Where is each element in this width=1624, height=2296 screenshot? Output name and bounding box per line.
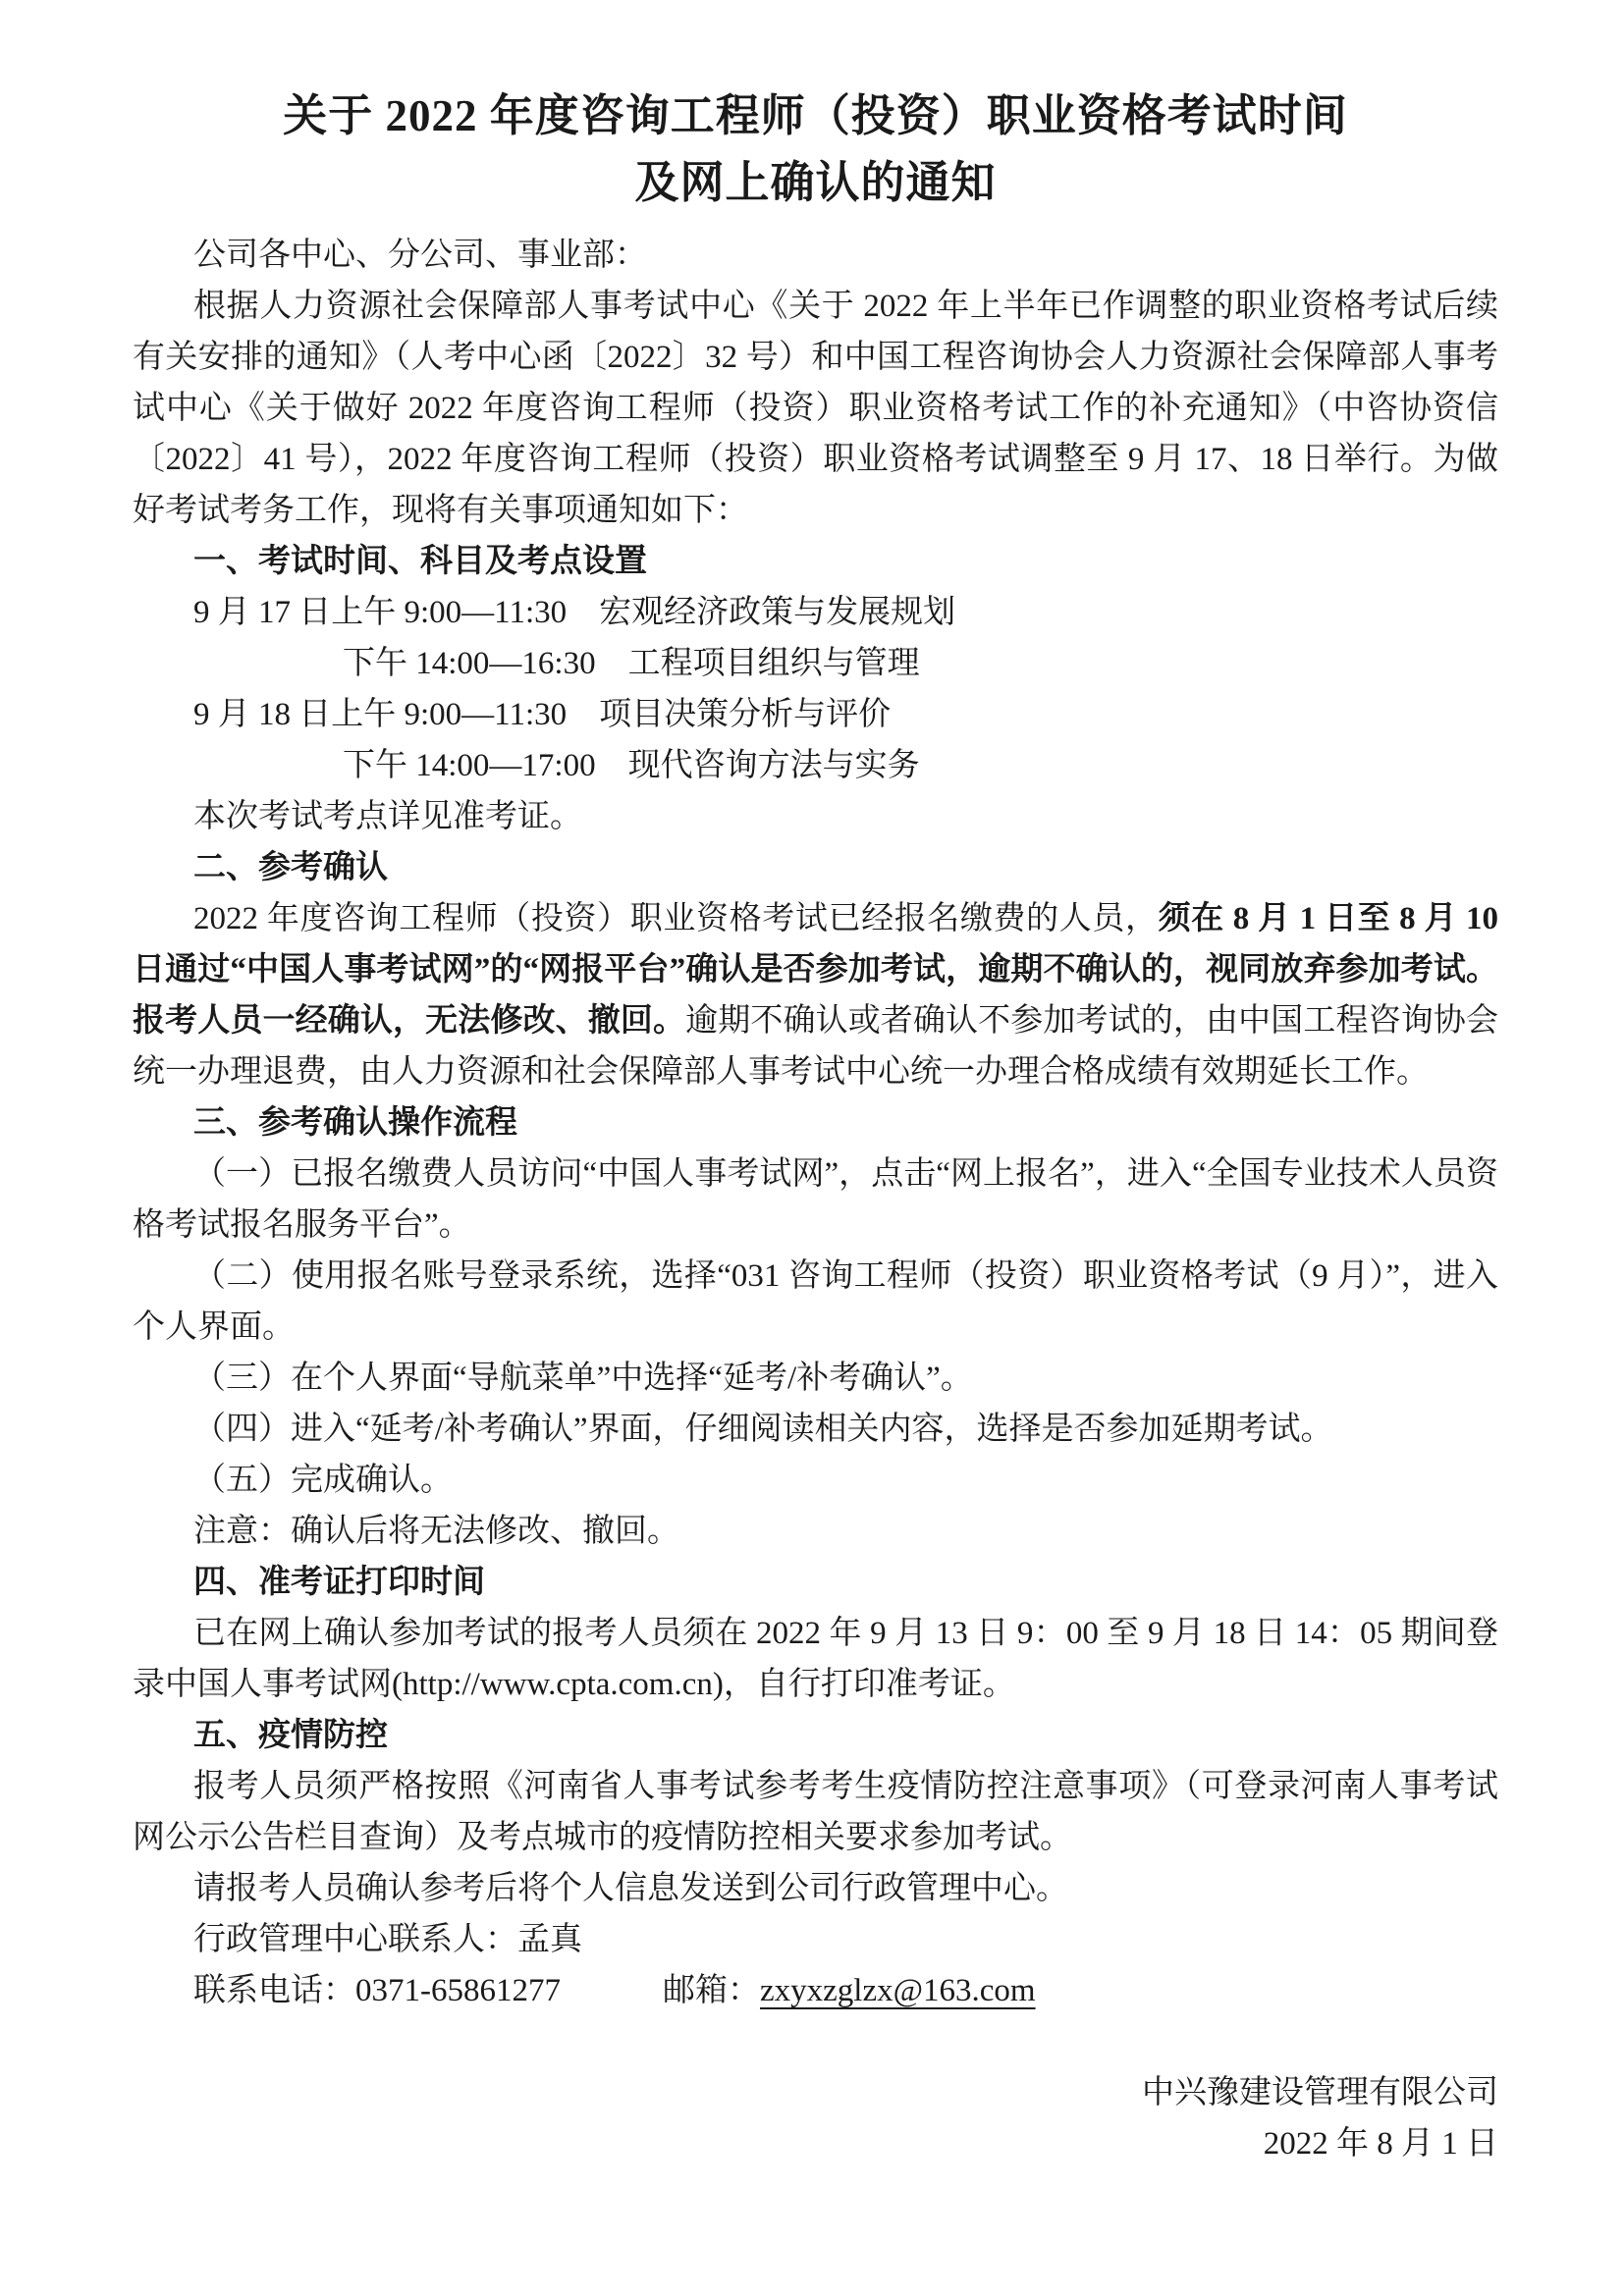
- section-5-heading: 五、疫情防控: [133, 1710, 1498, 1761]
- epidemic-paragraph: 报考人员须严格按照《河南省人事考试参考考生疫情防控注意事项》（可登录河南人事考试…: [133, 1761, 1498, 1863]
- step-item-3: （三）在个人界面“导航菜单”中选择“延考/补考确认”。: [133, 1353, 1498, 1404]
- salutation: 公司各中心、分公司、事业部：: [133, 230, 1498, 281]
- confirmation-paragraph: 2022 年度咨询工程师（投资）职业资格考试已经报名缴费的人员，须在 8 月 1…: [133, 893, 1498, 1097]
- contact-line: 联系电话：0371-65861277邮箱：zxyxzglzx@163.com: [133, 1965, 1498, 2016]
- section-2-heading: 二、参考确认: [133, 842, 1498, 893]
- notice-title-line2: 及网上确认的通知: [133, 149, 1498, 216]
- section-1-heading: 一、考试时间、科目及考点设置: [133, 536, 1498, 587]
- step-item-2: （二）使用报名账号登录系统，选择“031 咨询工程师（投资）职业资格考试（9 月…: [133, 1251, 1498, 1353]
- schedule-line-4: 下午 14:00—17:00 现代咨询方法与实务: [133, 740, 1498, 791]
- personal-info-notice: 请报考人员确认参考后将个人信息发送到公司行政管理中心。: [133, 1863, 1498, 1914]
- email-link[interactable]: zxyxzglzx@163.com: [760, 1973, 1036, 2008]
- schedule-line-2: 下午 14:00—16:30 工程项目组织与管理: [133, 638, 1498, 689]
- intro-paragraph: 根据人力资源社会保障部人事考试中心《关于 2022 年上半年已作调整的职业资格考…: [133, 281, 1498, 536]
- schedule-line-3: 9 月 18 日上午 9:00—11:30 项目决策分析与评价: [133, 689, 1498, 740]
- section-3-heading: 三、参考确认操作流程: [133, 1097, 1498, 1148]
- step-item-1: （一）已报名缴费人员访问“中国人事考试网”，点击“网上报名”，进入“全国专业技术…: [133, 1148, 1498, 1251]
- contact-person-line: 行政管理中心联系人：孟真: [133, 1914, 1498, 1965]
- schedule-line-1: 9 月 17 日上午 9:00—11:30 宏观经济政策与发展规划: [133, 587, 1498, 638]
- notice-document-page: 关于 2022 年度咨询工程师（投资）职业资格考试时间 及网上确认的通知 公司各…: [0, 0, 1624, 2296]
- step-item-5: （五）完成确认。: [133, 1455, 1498, 1506]
- signature-block: 中兴豫建设管理有限公司 2022 年 8 月 1 日: [133, 2067, 1498, 2169]
- operation-note: 注意：确认后将无法修改、撤回。: [133, 1506, 1498, 1557]
- step-item-4: （四）进入“延考/补考确认”界面，仔细阅读相关内容，选择是否参加延期考试。: [133, 1404, 1498, 1455]
- print-time-paragraph: 已在网上确认参加考试的报考人员须在 2022 年 9 月 13 日 9：00 至…: [133, 1608, 1498, 1710]
- contact-phone: 联系电话：0371-65861277: [193, 1973, 561, 2008]
- section-4-heading: 四、准考证打印时间: [133, 1557, 1498, 1608]
- signature-company: 中兴豫建设管理有限公司: [133, 2067, 1498, 2118]
- notice-title-line1: 关于 2022 年度咨询工程师（投资）职业资格考试时间: [133, 82, 1498, 149]
- email-label: 邮箱：: [663, 1973, 760, 2008]
- notice-title: 关于 2022 年度咨询工程师（投资）职业资格考试时间 及网上确认的通知: [133, 82, 1498, 216]
- exam-site-note: 本次考试考点详见准考证。: [133, 791, 1498, 842]
- signature-date: 2022 年 8 月 1 日: [133, 2118, 1498, 2169]
- confirmation-run-normal-1: 2022 年度咨询工程师（投资）职业资格考试已经报名缴费的人员，: [193, 901, 1159, 936]
